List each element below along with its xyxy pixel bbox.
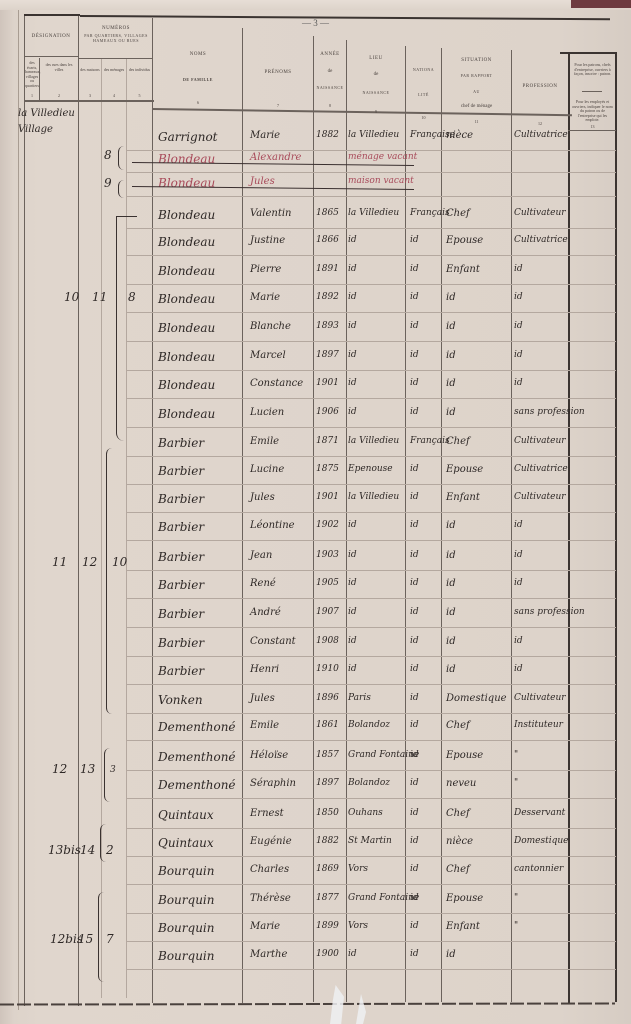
row-rule: [126, 828, 616, 829]
numeros-header: NUMÉROS: [80, 26, 152, 32]
cell-nom: Garrignot: [158, 130, 218, 144]
cell-annee: 1896: [316, 693, 339, 703]
row-rule: [126, 969, 616, 970]
cell-nom: Vonken: [158, 693, 203, 707]
cell-annee: 1882: [316, 836, 339, 846]
nationalite-sub: LITÉ: [406, 93, 441, 98]
cell-profession: id: [514, 378, 523, 388]
cell-profession: sans profession: [514, 407, 585, 417]
cell-profession: ": [514, 778, 518, 788]
cell-situation: Chef: [446, 808, 470, 819]
noms-subtitle: DE FAMILLE: [154, 78, 242, 83]
cell-nom: Bourquin: [158, 921, 214, 935]
cell-profession: id: [514, 578, 523, 588]
cell-annee: 1900: [316, 949, 339, 959]
menages-label: des ménages: [102, 68, 126, 73]
cell-prenom: Jean: [250, 550, 272, 561]
col-number: 9: [347, 110, 405, 115]
cell-prenom: Marie: [250, 292, 280, 303]
household-brace: [104, 748, 111, 802]
cell-nat: id: [410, 235, 419, 245]
cell-nom: Barbier: [158, 550, 204, 564]
cell-situation: id: [446, 321, 456, 332]
maison-number: 10: [64, 290, 79, 304]
col-number: 11: [442, 120, 511, 125]
cell-situation: id: [446, 636, 456, 647]
cell-situation: Chef: [446, 720, 470, 731]
cell-lieu: la Villedieu: [348, 492, 399, 502]
menage-number: 9: [104, 176, 112, 190]
cell-prenom: Marie: [250, 921, 280, 932]
cell-nat: Français: [410, 436, 450, 446]
row-rule: [126, 427, 616, 428]
cell-profession: ": [514, 921, 518, 931]
cell-prenom: André: [250, 607, 281, 618]
profession-header: PROFESSION: [512, 84, 568, 90]
cell-nat: id: [410, 720, 419, 730]
cell-nat: id: [410, 292, 419, 302]
cell-annee: 1901: [316, 492, 339, 502]
cell-situation: Chef: [446, 436, 470, 447]
row-rule: [126, 740, 616, 741]
cell-annee: 1910: [316, 664, 339, 674]
cell-prenom: Charles: [250, 864, 289, 875]
cell-nom: Blondeau: [158, 264, 215, 278]
cell-nat: id: [410, 607, 419, 617]
row-rule: [126, 512, 616, 513]
menage-number: 13: [80, 762, 95, 776]
cell-situation: Chef: [446, 208, 470, 219]
cell-nom: Dementhoné: [158, 720, 236, 734]
maison-number: 11: [52, 555, 67, 569]
cell-lieu: id: [348, 520, 357, 530]
cell-annee: 1905: [316, 578, 339, 588]
cell-annee: 1866: [316, 235, 339, 245]
cell-lieu: id: [348, 607, 357, 617]
row-rule: [126, 228, 616, 229]
col-line: [126, 58, 127, 998]
cell-nom: Bourquin: [158, 893, 214, 907]
cell-prenom: Lucien: [250, 407, 284, 418]
cell-situation: id: [446, 578, 456, 589]
lieu-header: LIEU: [347, 56, 405, 62]
cell-annee: 1875: [316, 464, 339, 474]
cell-lieu: Bolandoz: [348, 778, 390, 788]
cell-situation: id: [446, 520, 456, 531]
col-number: 6: [154, 101, 242, 106]
row-rule: [126, 598, 616, 599]
row-rule: [126, 884, 616, 885]
cell-situation: Epouse: [446, 893, 483, 904]
cell-annee: 1902: [316, 520, 339, 530]
cell-profession: id: [514, 321, 523, 331]
cell-nat: id: [410, 407, 419, 417]
col-number: 12: [512, 122, 568, 127]
col-line: [346, 40, 347, 1002]
lieu-sub: de: [347, 72, 405, 78]
cell-profession: sans profession: [514, 607, 585, 617]
row-rule: [126, 150, 616, 151]
cell-situation: id: [446, 292, 456, 303]
col-line: [568, 52, 570, 1004]
household-brace: [98, 892, 105, 982]
cell-prenom: Valentin: [250, 208, 291, 219]
cell-nom: Quintaux: [158, 836, 214, 850]
col-number: 1: [26, 94, 38, 99]
cell-prenom: Alexandre: [250, 152, 301, 163]
cell-nom: Dementhoné: [158, 750, 236, 764]
col-line: [39, 58, 40, 100]
cell-nom: Blondeau: [158, 292, 215, 306]
col-number: 13: [571, 125, 614, 130]
cell-lieu: Bolandoz: [348, 720, 390, 730]
row-rule: [126, 770, 616, 771]
cell-nat: id: [410, 264, 419, 274]
noms-header: NOMS: [154, 52, 242, 58]
household-brace: [118, 146, 125, 170]
cell-nat: id: [410, 550, 419, 560]
row-rule: [126, 941, 616, 942]
cell-annee: 1871: [316, 436, 339, 446]
cell-lieu: id: [348, 264, 357, 274]
col-line: [24, 16, 25, 1006]
cell-lieu: Epenouse: [348, 464, 393, 474]
cell-lieu: Ouhans: [348, 808, 383, 818]
cell-annee: 1850: [316, 808, 339, 818]
cell-situation: Epouse: [446, 750, 483, 761]
cell-lieu: Vors: [348, 864, 368, 874]
situation-header: SITUATION: [442, 58, 511, 64]
cell-prenom: Constant: [250, 636, 296, 647]
cell-lieu: id: [348, 578, 357, 588]
row-rule: [126, 540, 616, 541]
cell-annee: 1908: [316, 636, 339, 646]
cell-profession: Cultivatrice: [514, 464, 568, 474]
menage-number: 8: [104, 148, 112, 162]
cell-lieu: id: [348, 292, 357, 302]
cell-situation: Enfant: [446, 921, 480, 932]
menage-number: 11: [92, 290, 107, 304]
menage-number: 14: [80, 843, 95, 857]
cell-situation: id: [446, 350, 456, 361]
cell-nom: Quintaux: [158, 808, 214, 822]
gutter-line: [18, 10, 19, 1010]
cell-situation: Epouse: [446, 235, 483, 246]
cell-lieu: id: [348, 550, 357, 560]
cell-nom: Barbier: [158, 578, 204, 592]
cell-nat: id: [410, 921, 419, 931]
individus-label: des individus: [127, 68, 152, 73]
col13-divider: [582, 91, 602, 92]
cell-nat: id: [410, 893, 419, 903]
row-rule: [126, 312, 616, 313]
header-bottom-rule: [24, 100, 154, 102]
col-number: 8: [314, 104, 346, 109]
cell-nat: id: [410, 350, 419, 360]
cell-lieu: St Martin: [348, 836, 392, 846]
row-rule: [126, 484, 616, 485]
individus-count: 2: [106, 843, 114, 857]
cell-lieu: id: [348, 636, 357, 646]
cell-annee: 1901: [316, 378, 339, 388]
cell-nom: Blondeau: [158, 407, 215, 421]
cell-situation: Chef: [446, 864, 470, 875]
cell-profession: id: [514, 350, 523, 360]
cell-profession: Domestique: [514, 836, 569, 846]
household-brace: [100, 824, 107, 862]
cell-nom: Blondeau: [158, 235, 215, 249]
row-rule: [126, 856, 616, 857]
cell-nom: Blondeau: [158, 350, 215, 364]
cell-nom: Barbier: [158, 664, 204, 678]
cell-profession: id: [514, 292, 523, 302]
household-brace: [118, 180, 125, 198]
header-bottom-rule: [568, 130, 616, 131]
cell-nat: id: [410, 520, 419, 530]
situation-sub: PAR RAPPORT: [442, 74, 511, 79]
row-rule: [126, 341, 616, 342]
cell-nat: id: [410, 864, 419, 874]
cell-situation: nièce: [446, 130, 473, 141]
cell-prenom: René: [250, 578, 276, 589]
col13-note2: Pour les employés et ouvriers, indiquer …: [571, 100, 614, 123]
row-rule: [126, 656, 616, 657]
cell-lieu: id: [348, 378, 357, 388]
cell-lieu: Paris: [348, 693, 371, 703]
cell-prenom: Pierre: [250, 264, 281, 275]
cell-profession: Cultivateur: [514, 208, 566, 218]
cell-nat: id: [410, 693, 419, 703]
cell-profession: ": [514, 750, 518, 760]
header-top-rule: [80, 15, 610, 20]
cell-lieu: id: [348, 350, 357, 360]
row-rule: [126, 196, 616, 197]
cell-lieu: id: [348, 321, 357, 331]
cell-lieu: la Villedieu: [348, 436, 399, 446]
cell-situation: id: [446, 378, 456, 389]
header-top-rule: [24, 14, 80, 16]
designation-header: DÉSIGNATION: [24, 34, 78, 40]
cell-profession: ": [514, 893, 518, 903]
cell-situation: id: [446, 664, 456, 675]
annee-header: ANNÉE: [314, 52, 346, 58]
cell-nom: Bourquin: [158, 949, 214, 963]
cell-lieu: id: [348, 407, 357, 417]
row-rule: [126, 913, 616, 914]
cell-nat: Français: [410, 208, 450, 218]
cell-situation: Enfant: [446, 492, 480, 503]
row-rule: [126, 172, 616, 173]
cell-profession: Instituteur: [514, 720, 563, 730]
cell-situation: id: [446, 949, 456, 960]
col13-note1: Pour les patrons, chefs d'entreprise, ou…: [571, 63, 614, 77]
cell-nat: id: [410, 778, 419, 788]
col-number: 7: [243, 104, 313, 109]
cell-lieu: id: [348, 235, 357, 245]
header-subrule: [24, 56, 78, 57]
cell-annee: 1861: [316, 720, 339, 730]
cell-nat: id: [410, 750, 419, 760]
cell-annee: 1857: [316, 750, 339, 760]
cell-prenom: Marie: [250, 130, 280, 141]
cell-profession: Desservant: [514, 808, 565, 818]
cell-nom: Blondeau: [158, 152, 215, 166]
cell-nat: id: [410, 464, 419, 474]
cell-profession: id: [514, 550, 523, 560]
annee-sub: NAISSANCE: [314, 86, 346, 91]
col-line: [511, 50, 512, 1002]
cell-annee: 1882: [316, 130, 339, 140]
nationalite-header: NATIONA: [406, 68, 441, 73]
cell-situation: Epouse: [446, 464, 483, 475]
cell-nat: id: [410, 492, 419, 502]
cell-prenom: Jules: [250, 492, 275, 503]
cell-profession: cantonnier: [514, 864, 563, 874]
cell-nom: Barbier: [158, 464, 204, 478]
cell-nom: Blondeau: [158, 208, 215, 222]
situation-sub: chef de ménage: [442, 104, 511, 110]
cell-prenom: Eugénie: [250, 836, 292, 847]
cell-nat: id: [410, 578, 419, 588]
cell-prenom: Jules: [250, 176, 275, 187]
cell-prenom: Henri: [250, 664, 279, 675]
household-brace: [106, 448, 115, 714]
row-rule: [126, 284, 616, 285]
cell-situation: id: [446, 407, 456, 418]
cell-lieu: la Villedieu: [348, 208, 399, 218]
cell-lieu: id: [348, 664, 357, 674]
cell-prenom: Blanche: [250, 321, 291, 332]
individus-count: 7: [106, 932, 114, 946]
cell-prenom: Emile: [250, 436, 279, 447]
row-rule: [126, 627, 616, 628]
maison-number: 12: [52, 762, 67, 776]
menage-number: 15: [78, 932, 93, 946]
cell-annee: 1891: [316, 264, 339, 274]
cell-prenom: Justine: [250, 235, 285, 246]
cell-prenom: Marthe: [250, 949, 287, 960]
cell-profession: Cultivatrice: [514, 130, 568, 140]
maison-number: 13bis: [48, 843, 81, 857]
cell-annee: 1897: [316, 350, 339, 360]
col-number: 5: [127, 94, 152, 99]
menage-number: 12: [82, 555, 97, 569]
col-line: [313, 36, 314, 1002]
header-subrule: [78, 58, 152, 59]
cell-nom: Blondeau: [158, 176, 215, 190]
lieu-sub: NAISSANCE: [347, 91, 405, 96]
designation-col2-label: des rues dans les villes: [42, 63, 76, 72]
cell-annee: 1877: [316, 893, 339, 903]
locality-type: Village: [18, 124, 53, 135]
cell-profession: Cultivateur: [514, 492, 566, 502]
situation-sub: AU: [442, 90, 511, 95]
cell-prenom: Héloïse: [250, 750, 288, 761]
col-number: 3: [80, 94, 100, 99]
cell-annee: 1893: [316, 321, 339, 331]
bottom-rule: [0, 1002, 615, 1005]
cell-prenom: Ernest: [250, 808, 284, 819]
paper-tear: [356, 994, 366, 1024]
cell-nom: Barbier: [158, 607, 204, 621]
cell-prenom: Lucine: [250, 464, 284, 475]
household-brace: [116, 216, 137, 441]
cell-nat: id: [410, 836, 419, 846]
right-border: [615, 52, 617, 1002]
cell-nom: Barbier: [158, 520, 204, 534]
locality-name: la Villedieu: [18, 108, 75, 119]
col-line: [441, 48, 442, 1002]
cell-lieu: Vors: [348, 921, 368, 931]
maisons-label: des maisons: [80, 68, 100, 73]
cell-nom: Barbier: [158, 636, 204, 650]
col-number: 2: [42, 94, 76, 99]
cell-lieu: la Villedieu: [348, 130, 399, 140]
cell-annee: 1903: [316, 550, 339, 560]
row-rule: [126, 370, 616, 371]
cell-prenom: Séraphin: [250, 778, 296, 789]
cell-prenom: Jules: [250, 693, 275, 704]
cell-annee: 1865: [316, 208, 339, 218]
cell-profession: Cultivateur: [514, 693, 566, 703]
col-number: 10: [406, 116, 441, 121]
row-rule: [126, 570, 616, 571]
cell-situation: neveu: [446, 778, 476, 789]
cell-nat: id: [410, 321, 419, 331]
cell-situation: Domestique: [446, 693, 507, 704]
cell-nom: Bourquin: [158, 864, 214, 878]
cell-nom: Blondeau: [158, 321, 215, 335]
cell-prenom: Constance: [250, 378, 303, 389]
cell-profession: id: [514, 264, 523, 274]
cell-lieu: Grand Fontaine: [348, 750, 419, 760]
annee-sub: de: [314, 69, 346, 75]
col-line: [78, 16, 79, 1006]
cell-prenom: Marcel: [250, 350, 286, 361]
cell-situation: nièce: [446, 836, 473, 847]
prenoms-header: PRÉNOMS: [243, 70, 313, 76]
cell-lieu: id: [348, 949, 357, 959]
row-rule: [126, 684, 616, 685]
cell-annee: 1892: [316, 292, 339, 302]
col-number: 4: [102, 94, 126, 99]
census-page: — 3 — DÉSIGNATION des écarts, hameaux, v…: [0, 0, 631, 1024]
cell-profession: id: [514, 520, 523, 530]
cell-lieu: ménage vacant: [348, 152, 417, 162]
cell-profession: id: [514, 664, 523, 674]
cell-profession: Cultivatrice: [514, 235, 568, 245]
cell-situation: id: [446, 607, 456, 618]
binding-edge: [571, 0, 631, 8]
cell-annee: 1899: [316, 921, 339, 931]
cell-nom: Dementhoné: [158, 778, 236, 792]
cell-profession: id: [514, 636, 523, 646]
row-rule: [126, 398, 616, 399]
cell-nom: Blondeau: [158, 378, 215, 392]
numeros-subtitle: PAR QUARTIERS, VILLAGES HAMEAUX OU RUES: [80, 34, 152, 43]
cell-annee: 1907: [316, 607, 339, 617]
row-rule: [126, 713, 616, 714]
cell-annee: 1869: [316, 864, 339, 874]
row-rule: [126, 255, 616, 256]
cell-prenom: Léontine: [250, 520, 295, 531]
row-rule: [126, 456, 616, 457]
cell-lieu: maison vacant: [348, 176, 414, 186]
cell-annee: 1906: [316, 407, 339, 417]
cell-profession: Cultivateur: [514, 436, 566, 446]
cell-annee: 1897: [316, 778, 339, 788]
cell-situation: id: [446, 550, 456, 561]
